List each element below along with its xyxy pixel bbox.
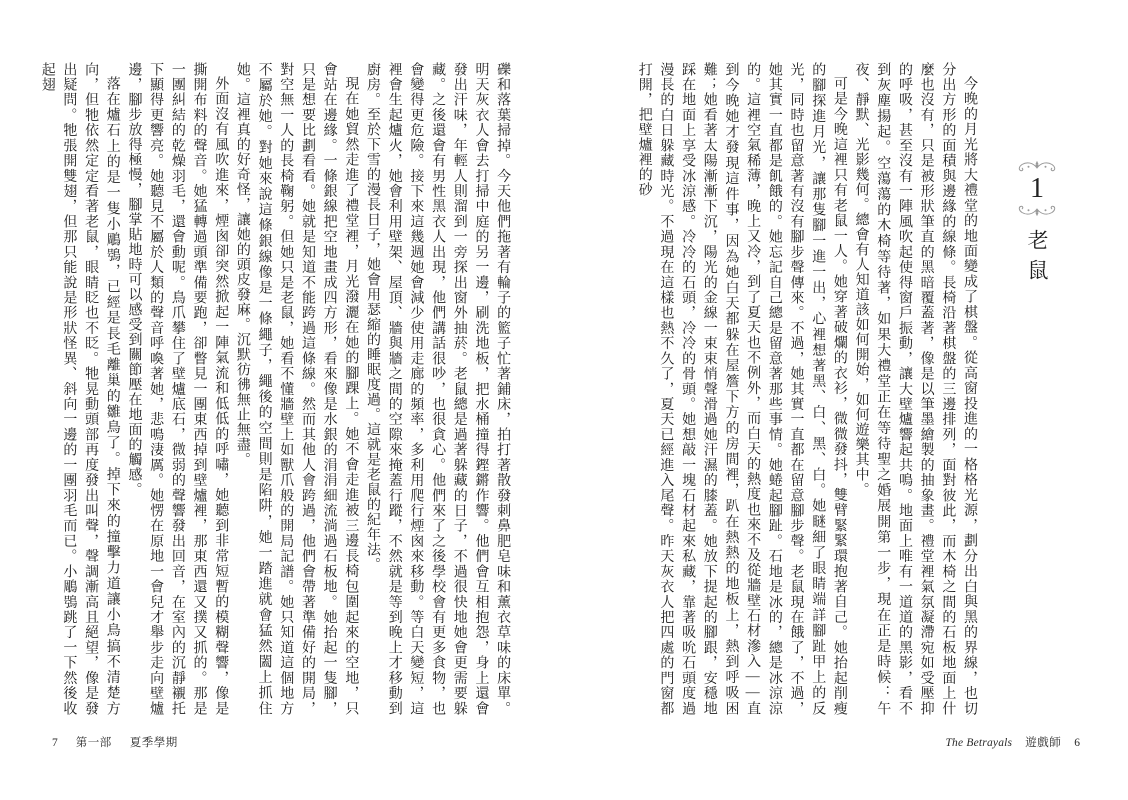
paragraph: 外面沒有風吹進來，煙囪卻突然掀起一陣氣流和低低的呼嘯，她聽到非常短暫的模糊聲響，… bbox=[123, 62, 231, 716]
book-spread: 礫和落葉掃掉。今天他們拖著有輪子的籃子忙著鋪床，拍打著散發刺鼻肥皂味和薰衣草味的… bbox=[0, 0, 1128, 800]
left-page-footer: 7 第一部 夏季學期 bbox=[52, 734, 178, 750]
right-page-number: 6 bbox=[1074, 737, 1080, 749]
paragraph: 礫和落葉掃掉。今天他們拖著有輪子的籃子忙著鋪床，拍打著散發刺鼻肥皂味和薰衣草味的… bbox=[361, 62, 513, 716]
paragraph: 今晚的月光將大禮堂的地面變成了棋盤。從高窗投進的一格格光源，劃分出白與黑的界線，… bbox=[850, 62, 980, 716]
floral-flourish-icon bbox=[1014, 160, 1060, 173]
section-title: 夏季學期 bbox=[130, 734, 178, 750]
left-page-body: 礫和落葉掃掉。今天他們拖著有輪子的籃子忙著鋪床，拍打著散發刺鼻肥皂味和薰衣草味的… bbox=[36, 62, 513, 716]
paragraph: 現在她貿然走進了禮堂裡，月光潑灑在她的腳踝上。她不會走進被三邊長椅包圍起來的空地… bbox=[231, 62, 361, 716]
paragraph: 可是今晚這裡只有老鼠一人。她穿著破爛的衣衫，微微發抖，雙臂緊緊環抱著自己。她抬起… bbox=[633, 62, 850, 716]
part-title: 第一部 bbox=[76, 734, 112, 750]
left-page-number: 7 bbox=[52, 737, 58, 749]
chapter-number: 1 bbox=[1030, 174, 1044, 203]
right-page: 1 老鼠 今晚的月光將大禮堂的地面變成了棋盤。從高窗投進的一格格光源，劃分出白與… bbox=[633, 62, 1080, 716]
floral-flourish-icon bbox=[1014, 204, 1060, 217]
book-title-chinese: 遊戲師 bbox=[1025, 734, 1061, 750]
right-page-footer: The Betrayals 遊戲師 6 bbox=[945, 734, 1080, 750]
left-page: 礫和落葉掃掉。今天他們拖著有輪子的籃子忙著鋪床，拍打著散發刺鼻肥皂味和薰衣草味的… bbox=[36, 62, 544, 716]
chapter-heading: 1 老鼠 bbox=[1002, 160, 1072, 289]
chapter-title: 老鼠 bbox=[1022, 229, 1052, 289]
book-title-english: The Betrayals bbox=[945, 737, 1012, 749]
paragraph: 落在爐石上的是一隻小鵰鴞，已經是長毛離巢的雛鳥了。掉下來的撞擊力道讓小鳥搞不清楚… bbox=[36, 62, 123, 716]
